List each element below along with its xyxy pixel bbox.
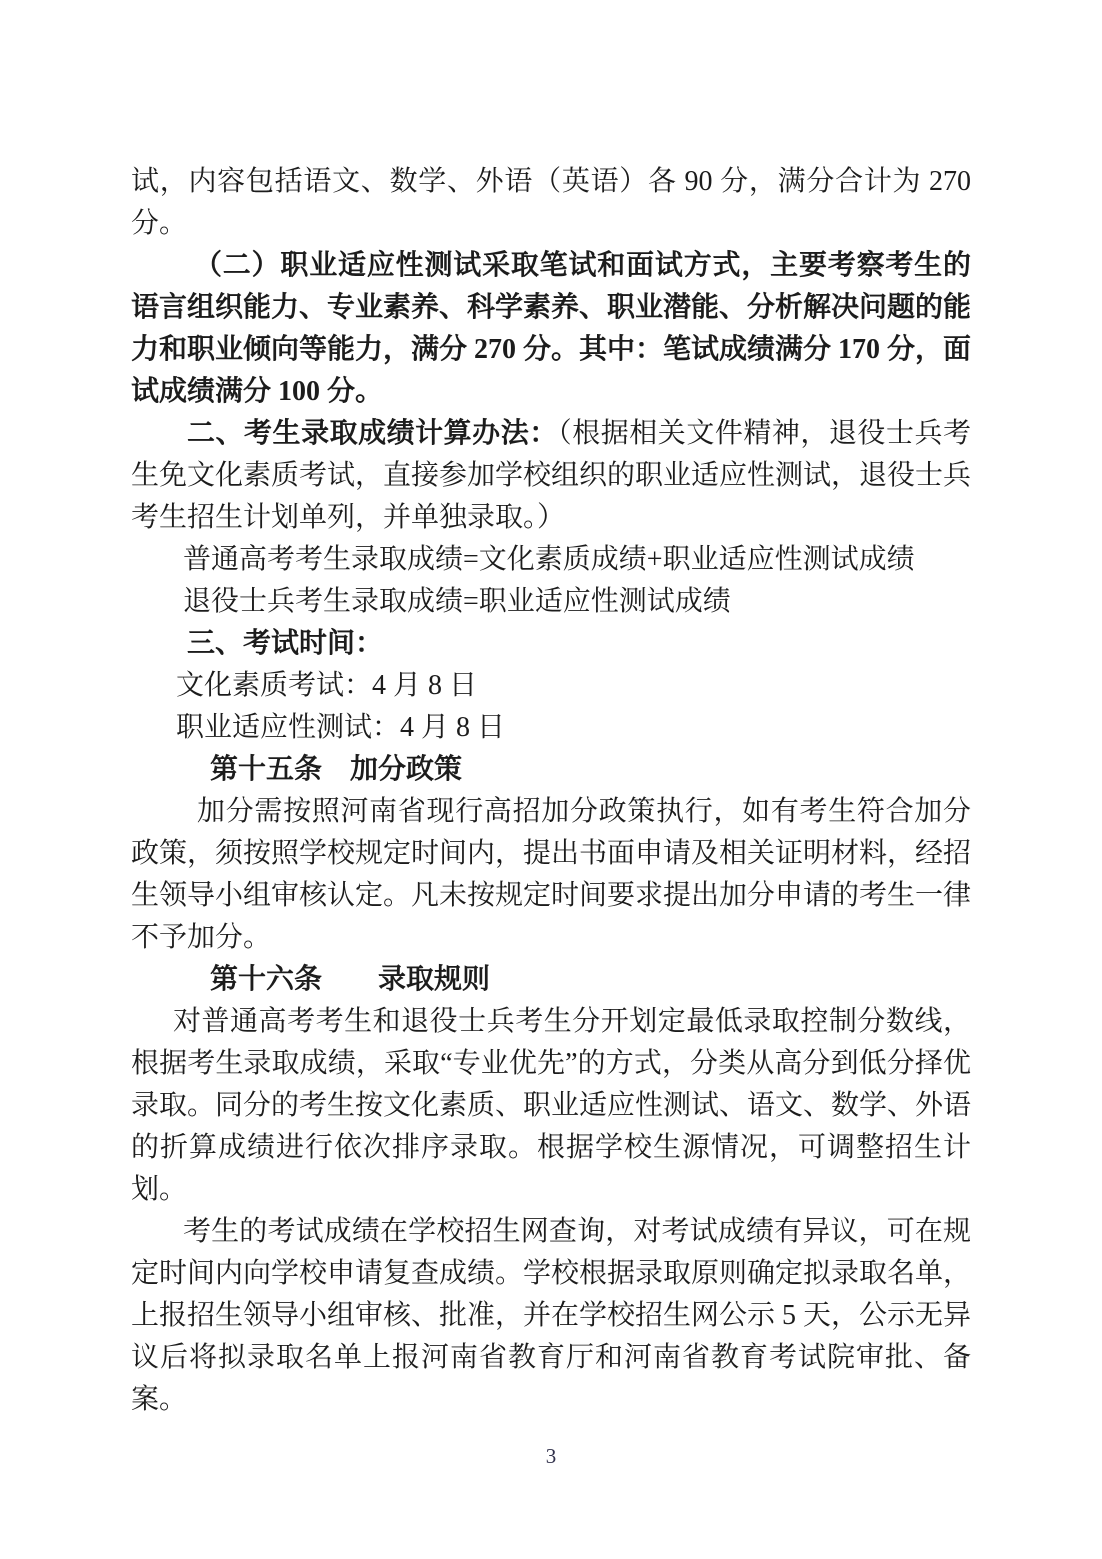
formula-general-candidates: 普通高考考生录取成绩=文化素质成绩+职业适应性测试成绩	[131, 539, 971, 581]
paragraph-bonus-policy: 加分需按照河南省现行高招加分政策执行，如有考生符合加分政策，须按照学校规定时间内…	[131, 791, 971, 959]
line-vocational-test-date: 职业适应性测试：4 月 8 日	[131, 707, 971, 749]
document-page: 试，内容包括语文、数学、外语（英语）各 90 分，满分合计为 270 分。 （二…	[0, 0, 1102, 1559]
line-culture-exam-date: 文化素质考试：4 月 8 日	[131, 665, 971, 707]
paragraph-score-review: 考生的考试成绩在学校招生网查询，对考试成绩有异议，可在规定时间内向学校申请复查成…	[131, 1211, 971, 1421]
paragraph-vocational-test: （二）职业适应性测试采取笔试和面试方式，主要考察考生的语言组织能力、专业素养、科…	[131, 245, 971, 413]
heading-article-16: 第十六条 录取规则	[131, 959, 971, 1001]
paragraph-continuation: 试，内容包括语文、数学、外语（英语）各 90 分，满分合计为 270 分。	[131, 161, 971, 245]
paragraph-calc-method: 二、考生录取成绩计算办法：（根据相关文件精神，退役士兵考生免文化素质考试，直接参…	[131, 413, 971, 539]
heading-calc-method: 二、考生录取成绩计算办法：	[187, 418, 558, 449]
heading-article-15: 第十五条 加分政策	[131, 749, 971, 791]
page-number: 3	[0, 1444, 1102, 1468]
heading-exam-time: 三、考试时间：	[131, 623, 971, 665]
paragraph-admission-rule: 对普通高考考生和退役士兵考生分开划定最低录取控制分数线，根据考生录取成绩，采取“…	[131, 1001, 971, 1211]
document-body: 试，内容包括语文、数学、外语（英语）各 90 分，满分合计为 270 分。 （二…	[131, 161, 971, 1421]
formula-veteran-candidates: 退役士兵考生录取成绩=职业适应性测试成绩	[131, 581, 971, 623]
